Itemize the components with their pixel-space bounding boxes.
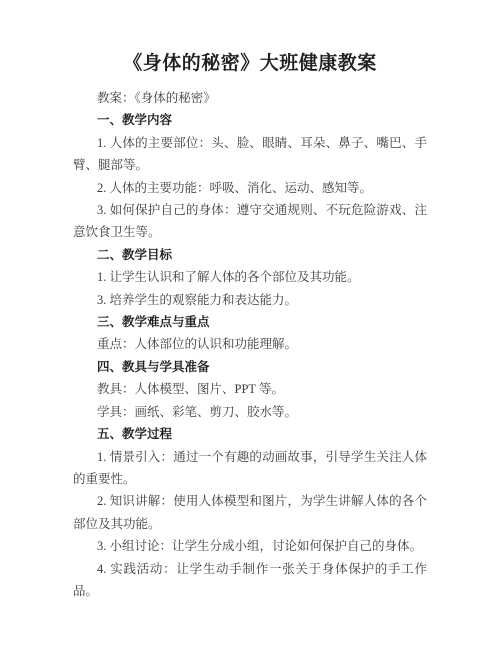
document-page: 《身体的秘密》大班健康教案 教案：《身体的秘密》 一、教学内容 1. 人体的主要…: [0, 0, 500, 647]
section-heading-difficulties: 三、教学难点与重点: [73, 311, 427, 333]
section-heading-process: 五、教学过程: [73, 423, 427, 445]
list-item-goal-3: 3. 培养学生的观察能力和表达能力。: [73, 289, 427, 311]
list-item-process-discussion: 3. 小组讨论：让学生分成小组，讨论如何保护自己的身体。: [73, 535, 427, 557]
section-heading-materials: 四、教具与学具准备: [73, 356, 427, 378]
paragraph-teaching-aids: 教具：人体模型、图片、PPT 等。: [73, 378, 427, 400]
paragraph-lesson-plan-label: 教案：《身体的秘密》: [73, 87, 427, 109]
paragraph-learning-aids: 学具：画纸、彩笔、剪刀、胶水等。: [73, 401, 427, 423]
list-item-body-parts: 1. 人体的主要部位：头、脸、眼睛、耳朵、鼻子、嘴巴、手臂、腿部等。: [73, 132, 427, 177]
list-item-body-protection: 3. 如何保护自己的身体：遵守交通规则、不玩危险游戏、注意饮食卫生等。: [73, 199, 427, 244]
list-item-body-functions: 2. 人体的主要功能：呼吸、消化、运动、感知等。: [73, 177, 427, 199]
list-item-goal-1: 1. 让学生认识和了解人体的各个部位及其功能。: [73, 266, 427, 288]
list-item-process-activity: 4. 实践活动：让学生动手制作一张关于身体保护的手工作品。: [73, 558, 427, 603]
section-heading-teaching-content: 一、教学内容: [73, 109, 427, 131]
section-heading-teaching-goals: 二、教学目标: [73, 244, 427, 266]
list-item-process-explain: 2. 知识讲解：使用人体模型和图片，为学生讲解人体的各个部位及其功能。: [73, 490, 427, 535]
paragraph-key-point: 重点：人体部位的认识和功能理解。: [73, 333, 427, 355]
document-title: 《身体的秘密》大班健康教案: [73, 50, 427, 78]
list-item-process-intro: 1. 情景引入：通过一个有趣的动画故事，引导学生关注人体的重要性。: [73, 446, 427, 491]
